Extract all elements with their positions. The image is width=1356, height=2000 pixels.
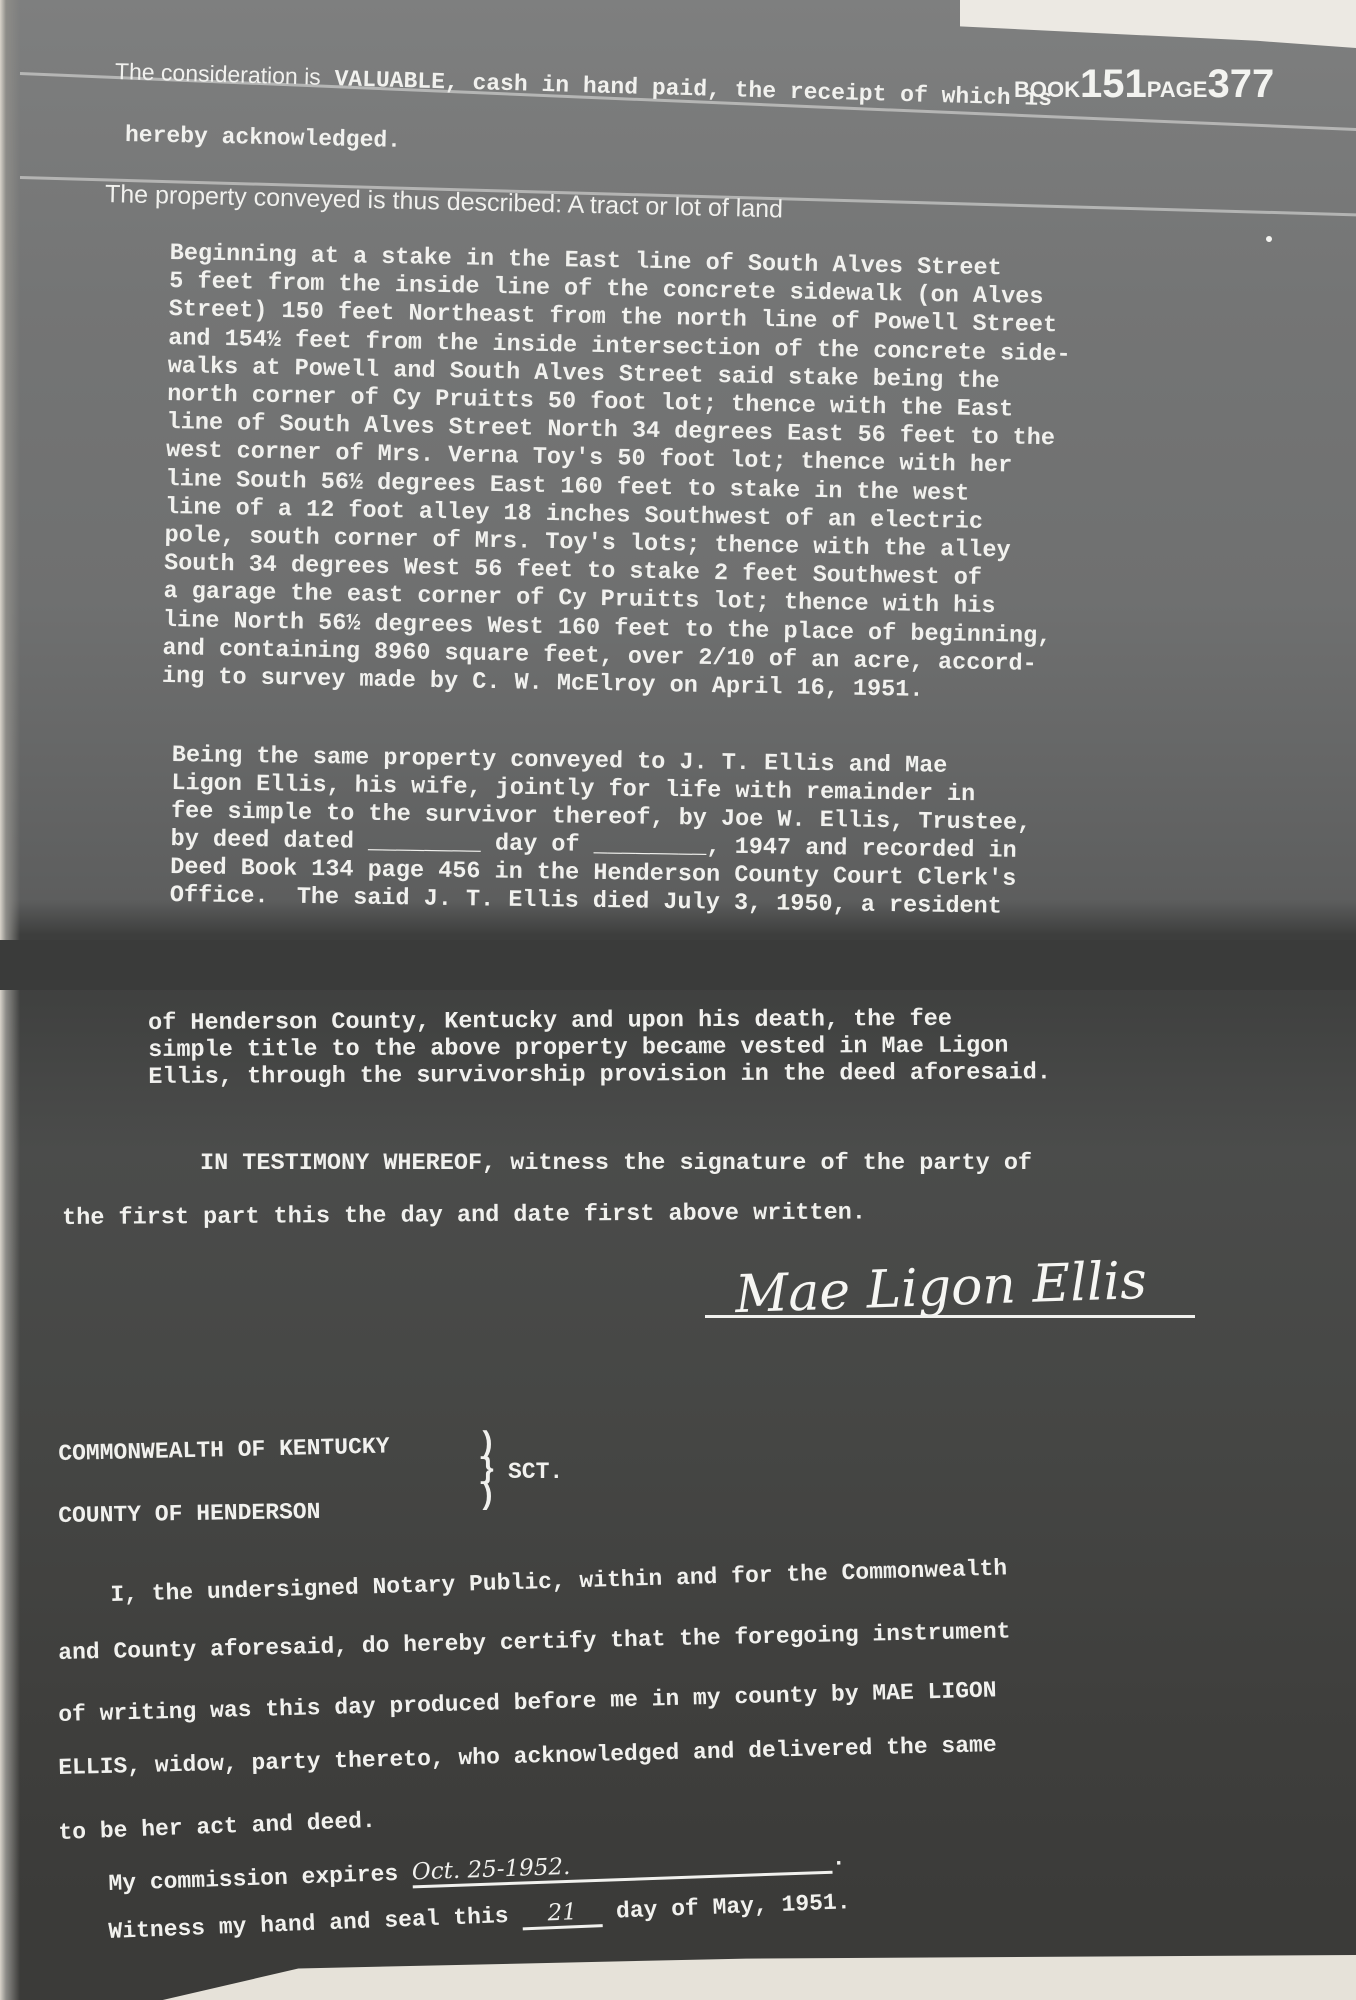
property-description: Beginning at a stake in the East line of… <box>162 240 1073 708</box>
testimony-clause-continued: the first part this the day and date fir… <box>62 1199 866 1233</box>
commission-expiry-line: My commission expires Oct. 25-1952.. <box>108 1844 846 1899</box>
witness-suffix: day of May, 1951. <box>616 1889 851 1924</box>
commission-label: My commission expires <box>108 1861 399 1897</box>
commission-date: Oct. 25-1952. <box>411 1845 832 1889</box>
background-paper-top <box>960 0 1356 48</box>
witness-line: Witness my hand and seal this 21 day of … <box>108 1888 851 1947</box>
page-fold-band <box>0 940 1356 990</box>
notary-certificate-line: and County aforesaid, do hereby certify … <box>58 1618 1011 1666</box>
testimony-clause: IN TESTIMONY WHEREOF, witness the signat… <box>200 1150 1032 1178</box>
consideration-line: The consideration is VALUABLE, cash in h… <box>115 58 1053 112</box>
consideration-continued: hereby acknowledged. <box>125 122 402 154</box>
notary-certificate-line: of writing was this day produced before … <box>58 1677 997 1728</box>
prior-conveyance-paragraph: Being the same property conveyed to J. T… <box>170 742 1033 922</box>
property-intro: The property conveyed is thus described:… <box>105 180 784 224</box>
witness-prefix: Witness my hand and seal this <box>108 1903 509 1945</box>
venue-state: COMMONWEALTH OF KENTUCKY <box>58 1432 390 1468</box>
page-number: 377 <box>1207 62 1274 106</box>
venue-brace: ) } ) <box>478 1432 496 1510</box>
venue-county: COUNTY OF HENDERSON <box>58 1498 321 1530</box>
page-label: PAGE <box>1147 77 1208 102</box>
vesting-paragraph: of Henderson County, Kentucky and upon h… <box>148 1005 1051 1091</box>
deed-page: BOOK151PAGE377 The consideration is VALU… <box>0 0 1356 2000</box>
background-paper-bottom <box>0 1955 1356 2000</box>
consideration-typed: VALUABLE, cash in hand paid, the receipt… <box>320 66 1052 112</box>
page-binding-edge <box>0 0 20 2000</box>
vesting-line: Ellis, through the survivorship provisio… <box>148 1059 1051 1091</box>
venue-sct: SCT. <box>508 1458 563 1486</box>
book-page-reference: BOOK151PAGE377 <box>1014 62 1274 107</box>
notary-certificate-line: I, the undersigned Notary Public, within… <box>110 1555 1008 1608</box>
notary-certificate-line: ELLIS, widow, party thereto, who acknowl… <box>58 1732 997 1781</box>
paper-speck <box>1266 236 1272 242</box>
consideration-prefix: The consideration is <box>115 58 321 90</box>
signature-line <box>705 1315 1195 1318</box>
notary-certificate-line: to be her act and deed. <box>58 1808 376 1846</box>
witness-day: 21 <box>522 1898 603 1930</box>
book-number: 151 <box>1080 62 1147 106</box>
